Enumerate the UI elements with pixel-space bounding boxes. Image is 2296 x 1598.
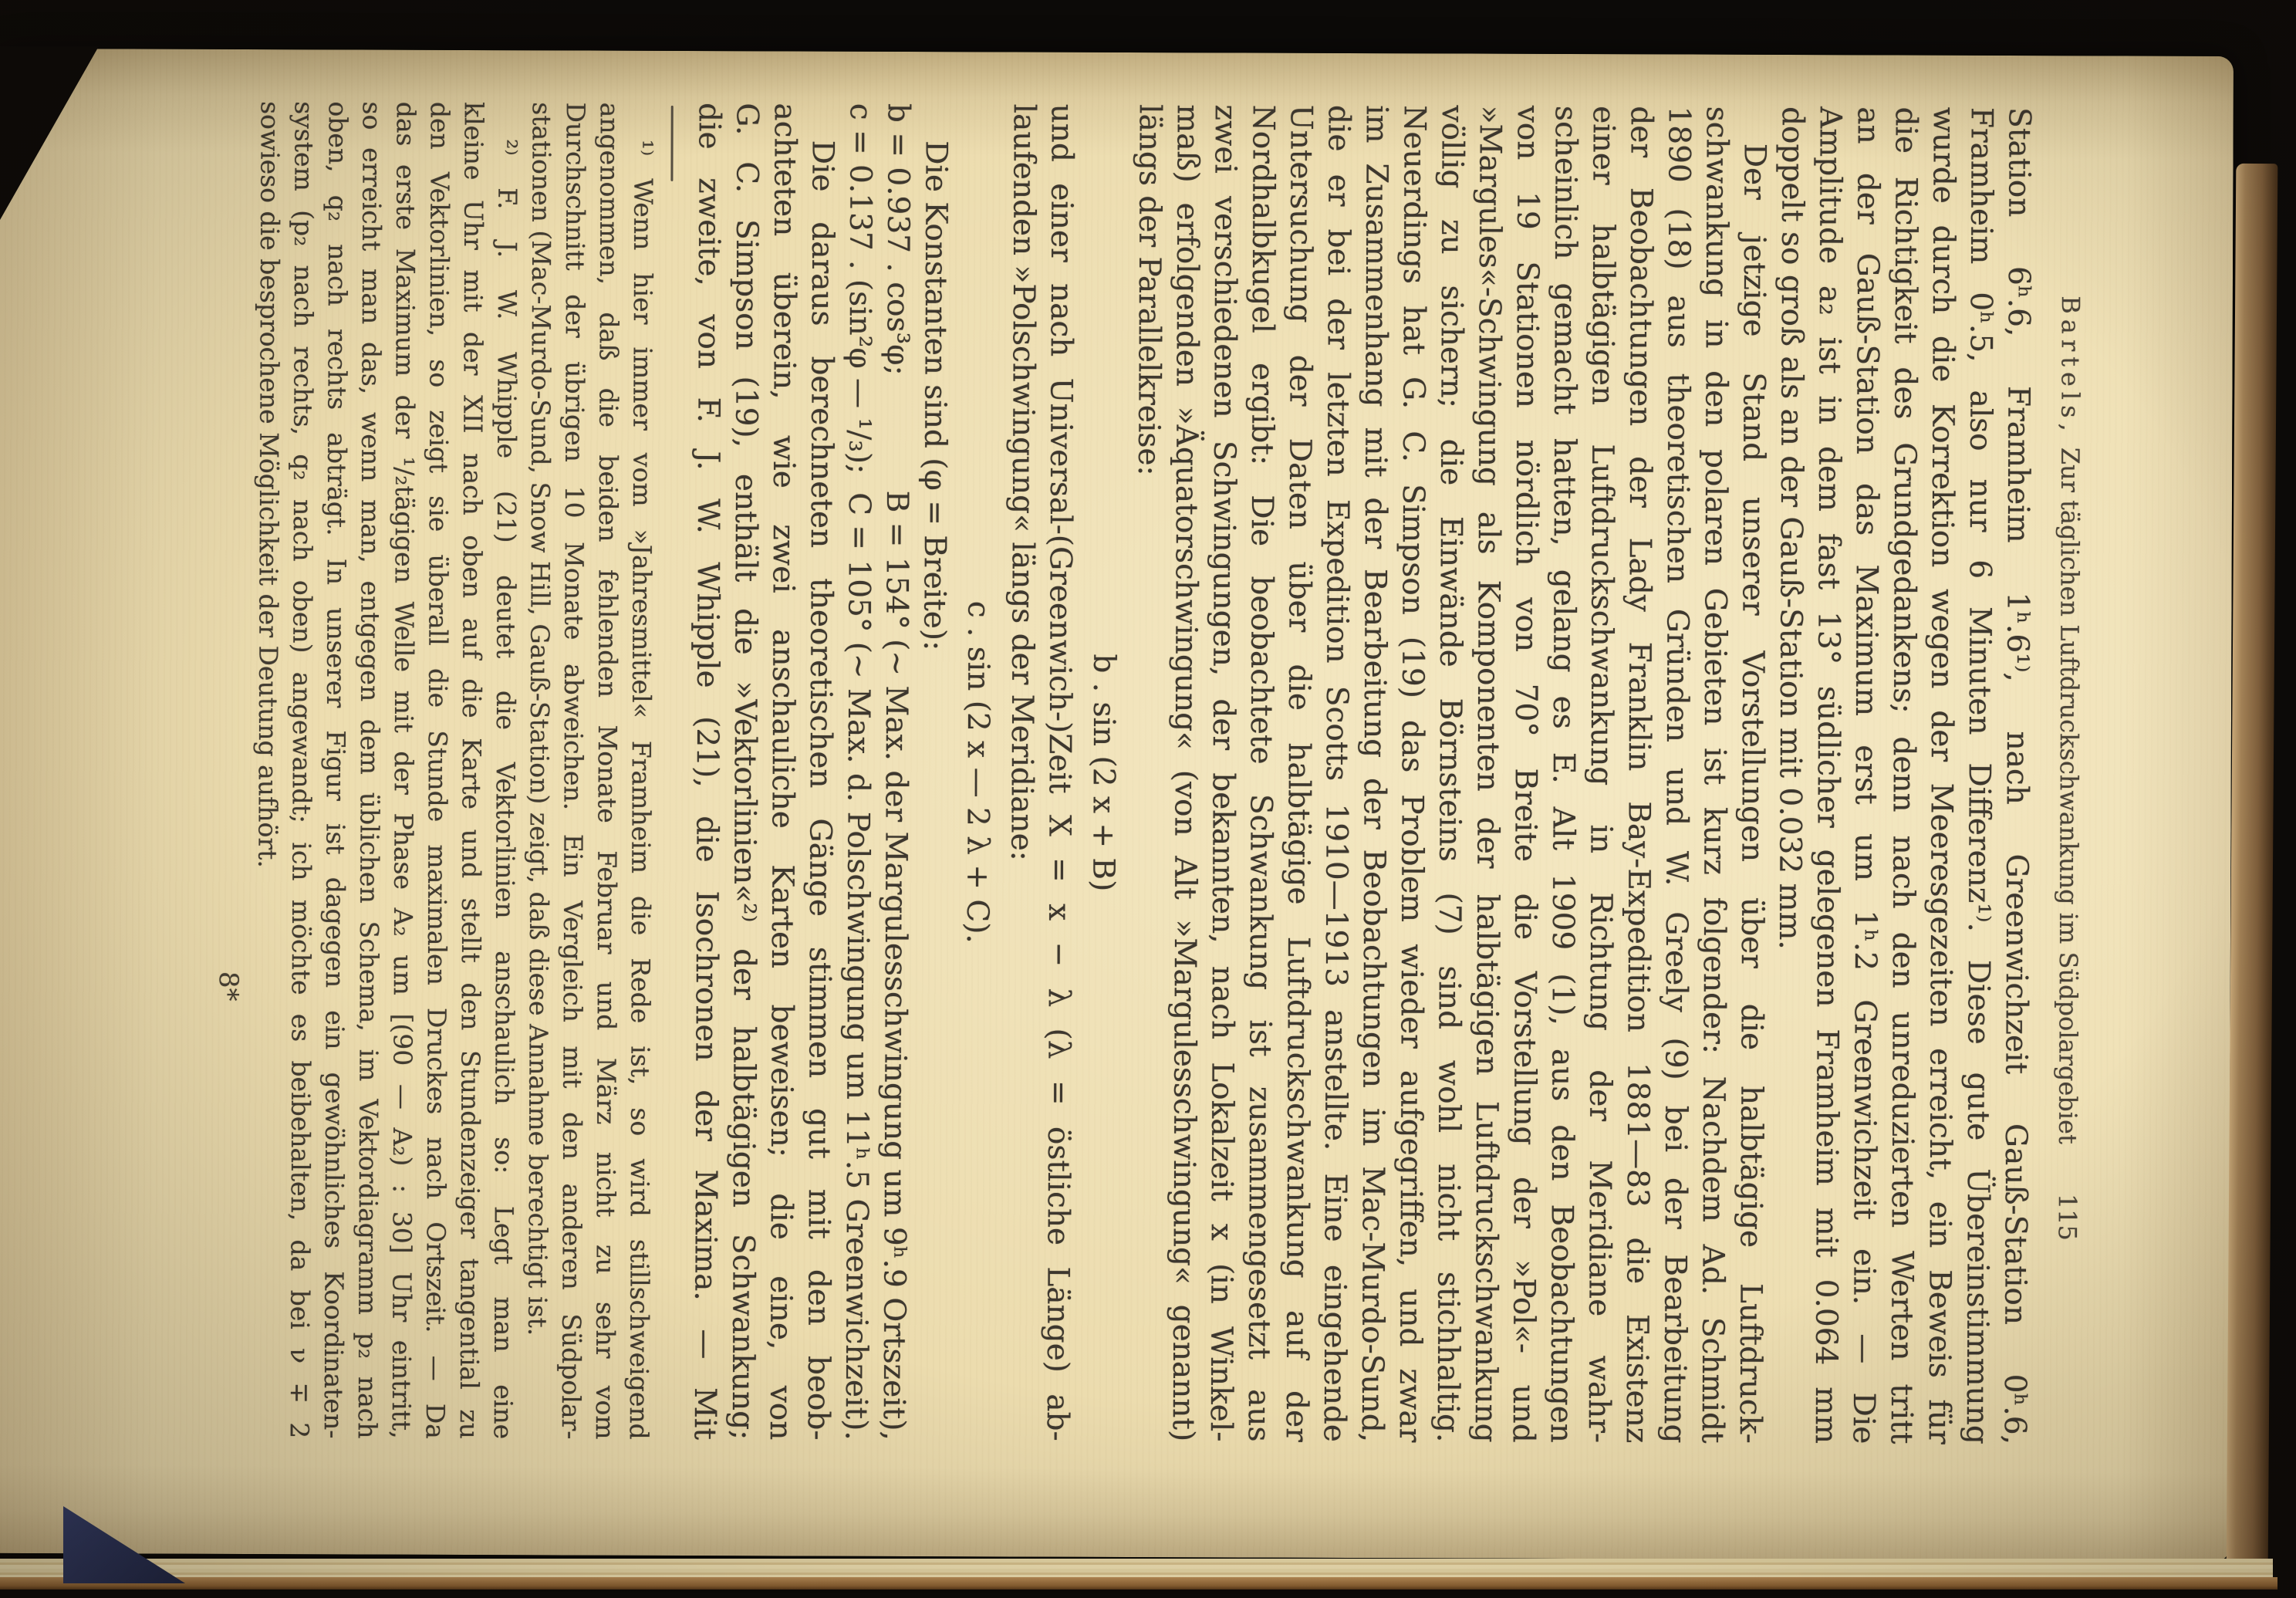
body-line: zwei verschiedenen Schwingungen, der bek… [1202,104,1244,1441]
body-line: völlig zu sichern; die Einwände Börnstei… [1429,105,1471,1442]
body-line: wurde durch die Korrektion wegen der Mee… [1920,107,1963,1444]
text-column: Bartels, Zur täglichen Luftdruckschwanku… [209,49,2234,1561]
body-line: 1890 (18) aus theoretischen Gründen und … [1656,106,1698,1443]
body-line: die er bei der letzten Expedition Scotts… [1315,105,1358,1442]
signature-mark: 8* [210,971,245,1438]
body-line: »Margules«-Schwingung als Komponenten de… [1467,106,1509,1443]
body-line: Der jetzige Stand unserer Vorstellungen … [1731,106,1774,1444]
book-block-edge-right [2227,164,2278,1571]
body-line-part: b = 0.937 . cos³φ; [879,103,917,376]
body-text: Station 6ʰ.6, Framheim 1ʰ.6¹⁾, nach Gree… [686,103,2038,1444]
footnotes-text: ¹⁾ Wenn hier immer vom »Jahresmittel« Fr… [248,101,660,1440]
body-line: laufenden »Polschwingung« längs der Meri… [1001,103,1043,1441]
body-line: und einer nach Universal-(Greenwich-)Zei… [1038,104,1081,1441]
footnote-line: so erreicht man das, wenn man, entgegen … [350,101,389,1438]
body-line-part: c = 0.137 . (sin²φ — ¹/₃); [840,103,880,475]
book-block-edge-bottom [0,1577,2277,1590]
author-name: Bartels, [2051,296,2089,437]
footnote-line: sowieso die besprochene Möglichkeit der … [248,101,287,1438]
footnote-line: ¹⁾ Wenn hier immer vom »Jahresmittel« Fr… [622,103,660,1440]
body-line: im Zusammenhang mit der Bearbeitung der … [1353,105,1396,1442]
body-line: Station 6ʰ.6, Framheim 1ʰ.6¹⁾, nach Gree… [1996,107,2038,1444]
body-line: Nordhalbkugel ergibt: Die beobachtete Sc… [1240,105,1282,1442]
body-line: die zweite, von F. J. W. Whipple (21), d… [686,103,728,1440]
body-line: G. C. Simpson (19), enthält die »Vektorl… [724,103,766,1440]
body-line: Untersuchung der Daten über die halbtägi… [1278,105,1320,1442]
body-line: b = 0.937 . cos³φ;B = 154° (∼ Max. der M… [875,103,917,1441]
body-line: scheinlich gemacht hatten, gelang es E. … [1542,106,1585,1443]
footnote-line: Durchschnitt der übrigen 10 Monate abwei… [554,102,593,1439]
footnote-line: system (p₂ nach rechts, q₂ nach oben) an… [282,101,321,1438]
footnote-line: stationen (Mac-Murdo-Sund, Snow Hill, Ga… [520,102,559,1439]
page-stack-edge-bottom [0,1559,2273,1577]
body-line: achteten überein, wie zwei anschauliche … [761,103,804,1440]
footnote-line: den Vektorlinien, so zeigt sie überall d… [418,102,457,1439]
body-line: c . sin (2 x — 2 λ + C). [957,103,999,1441]
page-number: 115 [2048,1194,2086,1241]
body-line: c = 0.137 . (sin²φ — ¹/₃);C = 105° (∼ Ma… [837,103,880,1441]
footnote-line: das erste Maximum der ¹/₂tägigen Welle m… [384,102,423,1439]
body-line: b . sin (2 x + B) [1082,104,1125,1441]
body-line: Framheim 0ʰ.5, also nur 6 Minuten Differ… [1958,107,2001,1444]
body-line-part: B = 154° (∼ Max. der Margulesschwingung … [875,491,916,1441]
running-head-title: Bartels, Zur täglichen Luftdruckschwanku… [2048,296,2089,1144]
body-line: Neuerdings hat G. C. Simpson (19) das Pr… [1391,105,1433,1442]
body-line: der Beobachtungen der Lady Franklin Bay-… [1618,106,1660,1443]
footnote-line: ²⁾ F. J. W. Whipple (21) deutet die Vekt… [486,102,525,1439]
body-line: Amplitude a₂ ist in dem fast 13° südlich… [1807,106,1849,1444]
body-line: von 19 Stationen nördlich von 70° Breite… [1504,106,1547,1443]
body-line-part: C = 105° (∼ Max. d. Polschwingung um 11ʰ… [837,492,878,1441]
body-line: schwankung in den polaren Gebieten ist k… [1693,106,1736,1444]
body-line: doppelt so groß als an der Gauß-Station … [1769,106,1811,1444]
article-title: Zur täglichen Luftdruckschwankung im Süd… [2048,448,2088,1144]
body-line: Die daraus berechneten theoretischen Gän… [799,103,842,1441]
footnote-line: kleine Uhr mit der XII nach oben auf die… [452,102,491,1439]
body-line: einer halbtägigen Luftdruckschwankung in… [1580,106,1622,1443]
body-line: Die Konstanten sind (φ = Breite): [913,103,955,1441]
book-page: Bartels, Zur täglichen Luftdruckschwanku… [0,49,2234,1561]
footnote-line: oben, q₂ nach rechts abträgt. In unserer… [316,101,355,1438]
footnote-rule [670,106,673,181]
body-line: längs der Parallelkreise: [1126,104,1169,1441]
body-line: die Richtigkeit des Grundgedankens; denn… [1882,106,1925,1444]
book-photo: Bartels, Zur täglichen Luftdruckschwanku… [0,0,2296,1598]
running-head: Bartels, Zur täglichen Luftdruckschwanku… [2048,296,2089,1444]
body-line: an der Gauß-Station das Maximum erst um … [1845,106,1887,1444]
body-line: maß) erfolgenden »Äquatorschwingung« (vo… [1164,104,1207,1441]
footnote-line: angenommen, daß die beiden fehlenden Mon… [588,103,626,1440]
